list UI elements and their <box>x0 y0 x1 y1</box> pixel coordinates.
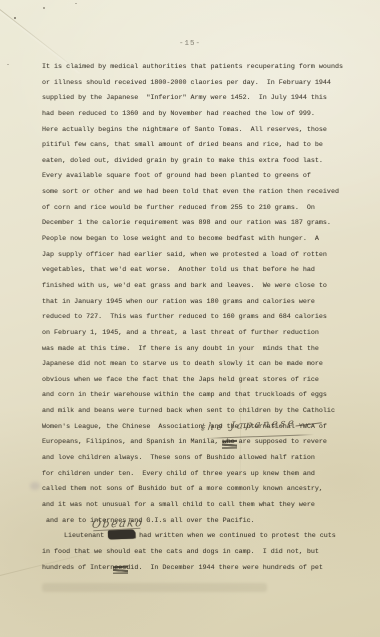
text-line: of corn and rice would be further reduce… <box>42 201 362 217</box>
text-line: Lieutenant had written when we continued… <box>42 529 362 545</box>
text-line: finished with us, we'd eat grass and bar… <box>42 279 362 295</box>
text-line: and milk and beans were turned back when… <box>42 404 362 420</box>
text-segment: Every available square foot of ground ha… <box>42 172 311 180</box>
text-line: December 1 the calorie requirement was 8… <box>42 216 362 232</box>
text-line: Japanese did not mean to starve us to de… <box>42 357 362 373</box>
redacted-name <box>108 529 135 538</box>
paper-speck <box>7 64 9 65</box>
paper-speck <box>14 17 16 19</box>
text-line: Women's League, the Chinese Association,… <box>42 420 362 436</box>
text-line: for children under ten. Every child of t… <box>42 467 362 483</box>
text-segment: and corn in their warehouse within the c… <box>42 391 327 399</box>
text-line: some sort or other and we had been told … <box>42 185 362 201</box>
text-line: It is claimed by medical authorities tha… <box>42 60 362 76</box>
text-segment: Europeans, Filipinos, and Spanish in Man… <box>42 438 223 446</box>
text-line: reduced to 727. This was further reduced… <box>42 310 362 326</box>
text-segment: and it was not unusual for a small child… <box>42 501 315 509</box>
text-segment: December 1 the calorie requirement was 8… <box>42 219 331 227</box>
text-line: vegetables, that we'd eat worse. Another… <box>42 263 362 279</box>
text-line: called them not sons of Bushido but of a… <box>42 482 362 498</box>
text-segment: Jap supply officer had earlier said, whe… <box>42 251 327 259</box>
ink-smudge <box>30 482 40 490</box>
page-number: -15- <box>0 40 380 48</box>
text-segment: was made at this time. If there is any d… <box>42 345 319 353</box>
text-line: on February 1, 1945, and a threat, a las… <box>42 326 362 342</box>
text-segment: are supposed to revere <box>235 438 327 446</box>
document-text: It is claimed by medical authorities tha… <box>42 60 362 576</box>
text-line: Jap supply officer had earlier said, whe… <box>42 248 362 264</box>
text-segment: Here actually begins the nightmare of Sa… <box>42 126 327 134</box>
faded-ghost-text <box>42 583 267 592</box>
text-line: supplied by the Japanese "Inferior" Army… <box>42 91 362 107</box>
text-line: People now began to lose weight and to b… <box>42 232 362 248</box>
text-segment: for children under ten. Every child of t… <box>42 470 315 478</box>
text-segment: some sort or other and we had been told … <box>42 188 339 196</box>
text-segment: reduced to 727. This was further reduced… <box>42 313 327 321</box>
text-segment: or illness should received 1800-2000 cla… <box>42 79 331 87</box>
text-line: was made at this time. If there is any d… <box>42 342 362 358</box>
text-segment: on February 1, 1945, and a threat, a las… <box>42 329 319 337</box>
text-segment: Women's League, the Chinese Association,… <box>42 423 327 431</box>
text-line: Every available square foot of ground ha… <box>42 169 362 185</box>
text-line: and love children always. These sons of … <box>42 451 362 467</box>
text-segment: People now began to lose weight and to b… <box>42 235 319 243</box>
text-segment: obvious when we face the fact that the J… <box>42 376 319 384</box>
text-segment: and are to internees and G.I.s all over … <box>42 517 255 525</box>
text-segment: of corn and rice would be further reduce… <box>42 204 315 212</box>
text-segment: that in January 1945 when our ration was… <box>42 298 315 306</box>
text-line: obvious when we face the fact that the J… <box>42 373 362 389</box>
paper-speck <box>43 7 45 9</box>
text-segment: supplied by the Japanese "Inferior" Army… <box>42 94 327 102</box>
text-segment: hundreds of Intern <box>42 564 114 572</box>
text-segment: vegetables, that we'd eat worse. Another… <box>42 266 315 274</box>
document-page: -15- It is claimed by medical authoritie… <box>0 0 380 637</box>
text-line: or illness should received 1800-2000 cla… <box>42 76 362 92</box>
text-line: and it was not unusual for a small child… <box>42 498 362 514</box>
text-line: Here actually begins the nightmare of Sa… <box>42 123 362 139</box>
text-segment: finished with us, we'd eat grass and bar… <box>42 282 327 290</box>
paper-speck <box>75 3 77 4</box>
text-segment: had written when we continued to protest… <box>135 532 336 540</box>
text-line: Europeans, Filipinos, and Spanish in Man… <box>42 435 362 451</box>
text-segment: had been reduced to 1360 and by November… <box>42 110 315 118</box>
text-line: and corn in their warehouse within the c… <box>42 388 362 404</box>
text-segment: Japanese did not mean to starve us to de… <box>42 360 323 368</box>
text-line: that in January 1945 when our ration was… <box>42 295 362 311</box>
text-segment: It is claimed by medical authorities tha… <box>42 63 343 71</box>
text-line: pitiful few cans, that small amount of d… <box>42 138 362 154</box>
text-segment: Lieutenant <box>64 532 108 540</box>
text-line: in food that we should eat the cats and … <box>42 545 362 561</box>
text-segment: eaten, doled out, divided grain by grain… <box>42 157 323 165</box>
text-line: had been reduced to 1360 and by November… <box>42 107 362 123</box>
text-line: and are to internees and G.I.s all over … <box>42 514 362 530</box>
text-segment: and love children always. These sons of … <box>42 454 315 462</box>
struck-text: ees <box>114 561 126 577</box>
text-segment: pitiful few cans, that small amount of d… <box>42 141 323 149</box>
text-line: eaten, doled out, divided grain by grain… <box>42 154 362 170</box>
text-segment: did. In December 1944 there were hundred… <box>126 564 323 572</box>
text-line: hundreds of Interneesdid. In December 19… <box>42 561 362 577</box>
text-segment: and milk and beans were turned back when… <box>42 407 335 415</box>
text-segment: called them not sons of Bushido but of a… <box>42 485 323 493</box>
text-segment: in food that we should eat the cats and … <box>42 548 319 556</box>
